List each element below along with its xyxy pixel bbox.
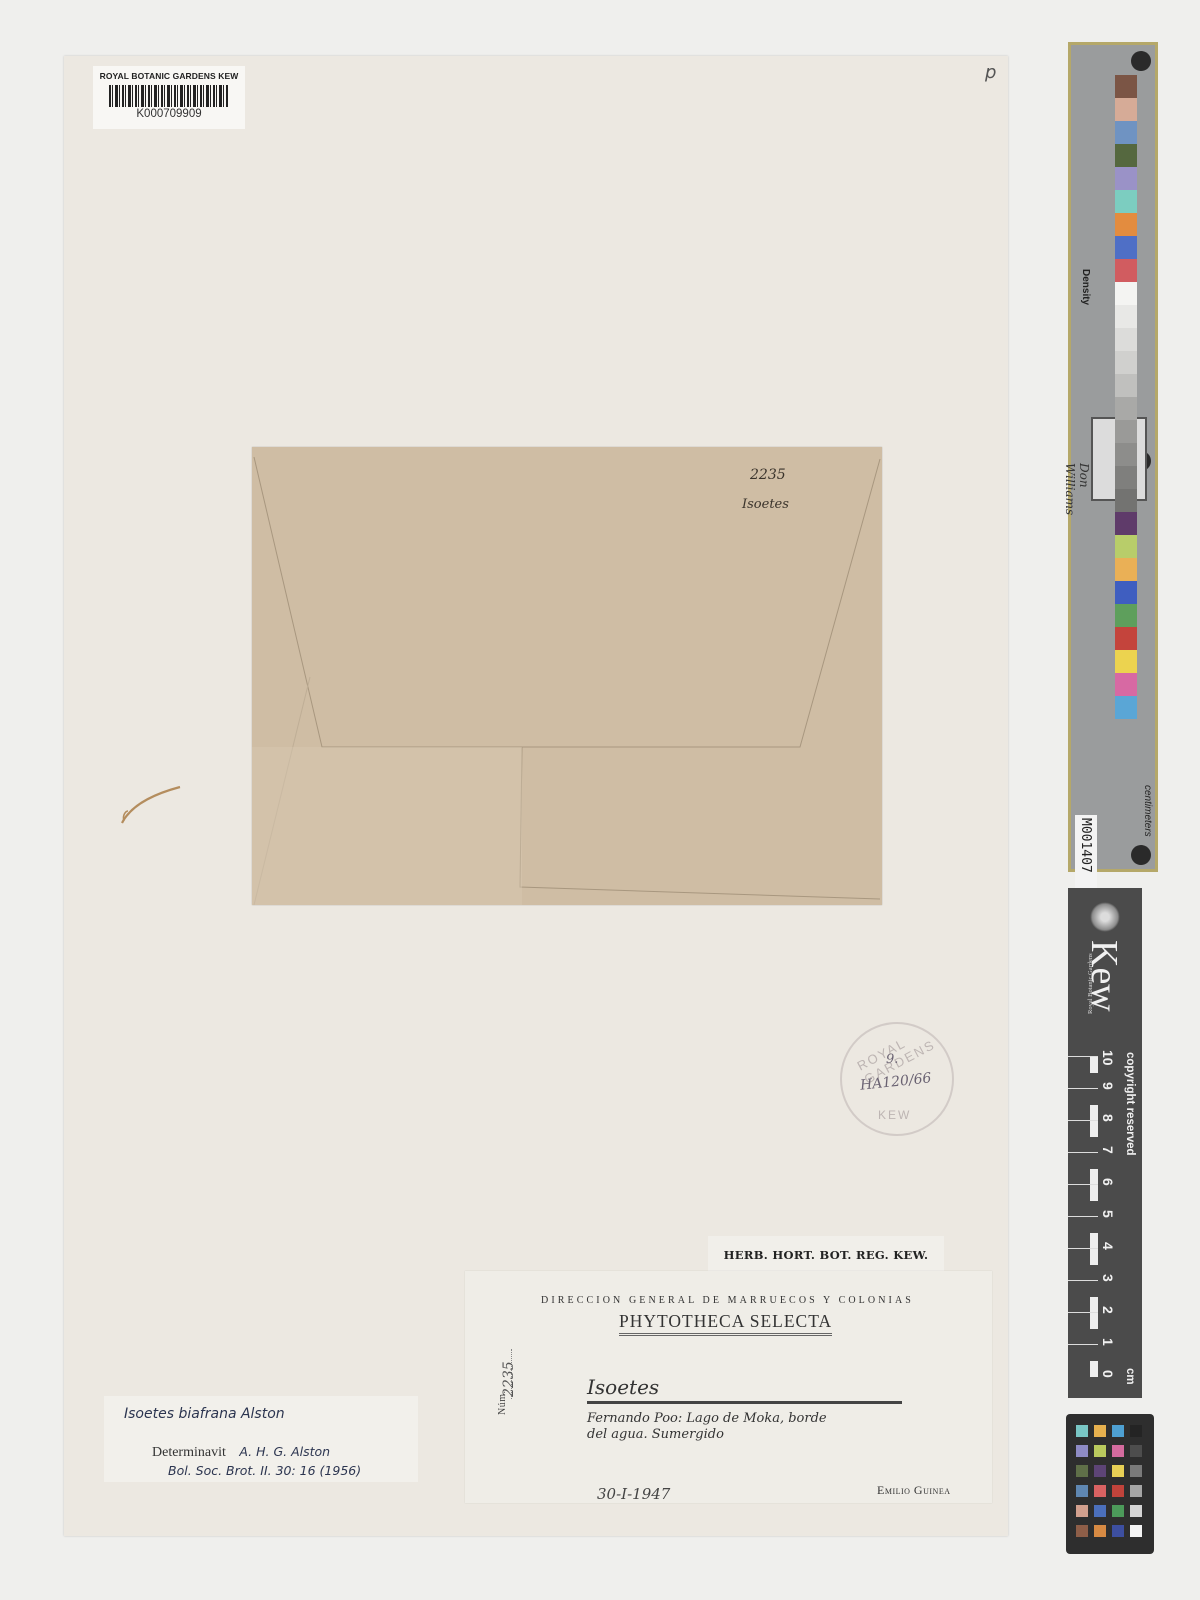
herbarium-label: HERB. HORT. BOT. REG. KEW. <box>708 1236 944 1274</box>
kew-crest-icon <box>1090 902 1120 932</box>
color-patch <box>1130 1485 1142 1497</box>
stamp-ring-bottom: KEW <box>878 1108 911 1122</box>
ruler-number: 5 <box>1100 1210 1116 1218</box>
locality-line-2: del agua. Sumergido <box>587 1427 927 1443</box>
color-swatch <box>1115 98 1137 121</box>
kew-ruler: Royal Botanic Gardens Kew 109876543210 c… <box>1068 888 1142 1398</box>
determinavit-line: Determinavit A. H. G. Alston <box>152 1444 330 1461</box>
color-patch <box>1076 1445 1088 1457</box>
color-patch <box>1076 1505 1088 1517</box>
color-patch <box>1076 1425 1088 1437</box>
ruler-number: 3 <box>1100 1274 1116 1282</box>
ruler-tick <box>1068 1344 1098 1376</box>
ruler-number: 0 <box>1100 1370 1116 1378</box>
collector-name: Emilio Guinea <box>877 1483 950 1498</box>
ruler-number: 1 <box>1100 1338 1116 1346</box>
color-patch <box>1076 1485 1088 1497</box>
determiner-name: A. H. G. Alston <box>239 1444 330 1459</box>
scale-swatch-column <box>1115 75 1137 719</box>
label-series: PHYTOTHECA SELECTA <box>619 1311 832 1336</box>
color-swatch <box>1115 650 1137 673</box>
color-swatch <box>1115 213 1137 236</box>
color-patch <box>1130 1465 1142 1477</box>
color-swatch <box>1115 443 1137 466</box>
envelope-fold-lines-icon <box>252 447 882 905</box>
color-swatch <box>1115 581 1137 604</box>
color-swatch <box>1115 144 1137 167</box>
color-patch <box>1130 1445 1142 1457</box>
color-swatch <box>1115 604 1137 627</box>
color-patch <box>1112 1425 1124 1437</box>
ruler-number: 6 <box>1100 1178 1116 1186</box>
stamp-folder: 9. <box>886 1052 898 1067</box>
label-locality: Fernando Poo: Lago de Moka, borde del ag… <box>587 1411 927 1443</box>
color-swatch <box>1115 121 1137 144</box>
color-patch <box>1076 1465 1088 1477</box>
color-swatch <box>1115 75 1137 98</box>
color-patch <box>1094 1465 1106 1477</box>
color-swatch <box>1115 259 1137 282</box>
ruler-tick <box>1068 1088 1098 1120</box>
kew-wordmark: Kew <box>1082 940 1126 1012</box>
ruler-number: 4 <box>1100 1242 1116 1250</box>
kew-copyright: copyright reserved <box>1124 1052 1136 1156</box>
specimen-envelope[interactable]: 2235 Isoetes <box>252 447 882 905</box>
barcode-icon <box>109 85 229 107</box>
color-swatch <box>1115 328 1137 351</box>
color-swatch <box>1115 351 1137 374</box>
envelope-number: 2235 <box>750 467 786 483</box>
specimen-fragment <box>120 785 184 832</box>
determined-taxon: Isoetes biafrana Alston <box>124 1406 285 1422</box>
scale-label-centimeters: centimeters <box>1142 785 1153 837</box>
color-swatch <box>1115 535 1137 558</box>
ruler-tick <box>1068 1280 1098 1312</box>
determination-reference: Bol. Soc. Brot. II. 30: 16 (1956) <box>168 1463 361 1478</box>
ruler-number: 8 <box>1100 1114 1116 1122</box>
scale-density-label: Density <box>1080 269 1091 305</box>
color-patch <box>1094 1485 1106 1497</box>
scale-id: M001407 <box>1078 818 1093 873</box>
institution-name: ROYAL BOTANIC GARDENS KEW <box>93 71 245 81</box>
ruler-number: 2 <box>1100 1306 1116 1314</box>
color-swatch <box>1115 305 1137 328</box>
color-swatch <box>1115 466 1137 489</box>
ruler-numbers: 109876543210 <box>1100 1048 1122 1388</box>
color-swatch <box>1115 489 1137 512</box>
color-patch <box>1112 1505 1124 1517</box>
label-genus: Isoetes <box>587 1375 902 1404</box>
color-swatch <box>1115 420 1137 443</box>
color-swatch <box>1115 236 1137 259</box>
color-patch <box>1076 1525 1088 1537</box>
ruler-tick <box>1068 1216 1098 1248</box>
determinavit-label: Determinavit <box>152 1445 226 1460</box>
color-patch <box>1130 1425 1142 1437</box>
determination-label: Isoetes biafrana Alston Determinavit A. … <box>104 1396 418 1482</box>
color-patch <box>1112 1465 1124 1477</box>
plant-fragment-icon <box>120 785 184 827</box>
color-swatch <box>1115 374 1137 397</box>
collection-number: 2235 <box>501 1361 517 1397</box>
color-patch <box>1112 1525 1124 1537</box>
color-patch <box>1094 1525 1106 1537</box>
ruler-unit: cm <box>1124 1368 1136 1385</box>
color-swatch <box>1115 397 1137 420</box>
ruler-number: 10 <box>1100 1050 1116 1066</box>
ruler-tick <box>1068 1120 1098 1152</box>
ruler-number: 9 <box>1100 1082 1116 1090</box>
collection-date: 30-I-1947 <box>597 1485 670 1503</box>
color-checker <box>1066 1414 1154 1554</box>
envelope-genus: Isoetes <box>742 497 789 512</box>
mount-hole-icon <box>1131 845 1151 865</box>
color-patch <box>1130 1525 1142 1537</box>
color-scale-bar: inches Density Don Williams centimeters … <box>1068 42 1158 872</box>
color-swatch <box>1115 673 1137 696</box>
color-patch <box>1094 1445 1106 1457</box>
color-swatch <box>1115 627 1137 650</box>
ruler-ticks <box>1068 1056 1098 1386</box>
collection-label: DIRECCION GENERAL DE MARRUECOS Y COLONIA… <box>465 1271 992 1503</box>
scale-brand: Don Williams <box>1063 463 1091 527</box>
color-swatch <box>1115 190 1137 213</box>
color-patch <box>1094 1425 1106 1437</box>
accession-stamp: ROYAL GARDENS 9. HA120/66 KEW <box>840 1022 954 1136</box>
color-patch <box>1130 1505 1142 1517</box>
color-swatch <box>1115 167 1137 190</box>
label-organization: DIRECCION GENERAL DE MARRUECOS Y COLONIA… <box>541 1295 914 1306</box>
color-patch <box>1112 1485 1124 1497</box>
ruler-tick <box>1068 1184 1098 1216</box>
barcode-label: ROYAL BOTANIC GARDENS KEW K000709909 <box>93 66 245 129</box>
color-swatch <box>1115 282 1137 305</box>
ruler-tick <box>1068 1152 1098 1184</box>
color-swatch <box>1115 558 1137 581</box>
color-swatch <box>1115 512 1137 535</box>
ruler-tick <box>1068 1056 1098 1088</box>
barcode-id: K000709909 <box>93 108 245 120</box>
locality-line-1: Fernando Poo: Lago de Moka, borde <box>587 1411 927 1427</box>
color-patch <box>1112 1445 1124 1457</box>
sheet-mark: p <box>985 62 996 83</box>
ruler-tick <box>1068 1248 1098 1280</box>
ruler-tick <box>1068 1312 1098 1344</box>
mount-hole-icon <box>1131 51 1151 71</box>
ruler-number: 7 <box>1100 1146 1116 1154</box>
color-patch <box>1094 1505 1106 1517</box>
color-swatch <box>1115 696 1137 719</box>
